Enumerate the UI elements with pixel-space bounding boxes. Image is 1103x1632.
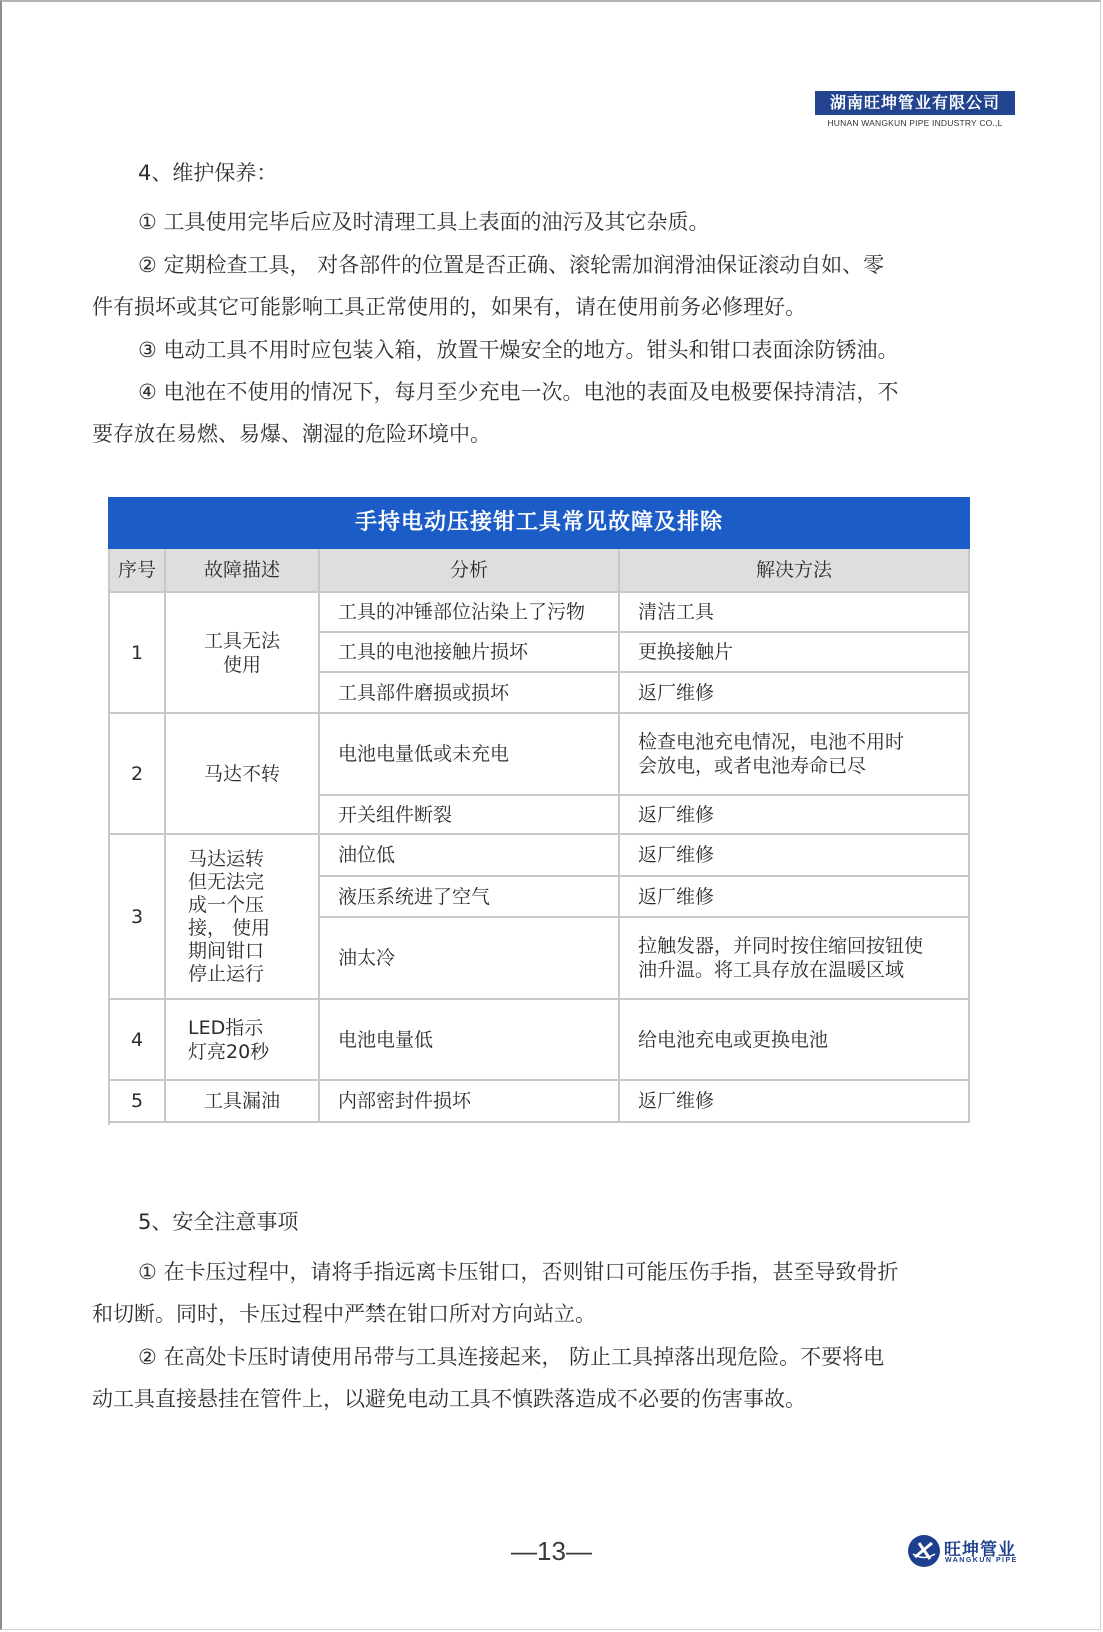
- section4-item-4a: ④ 电池在不使用的情况下，每月至少充电一次。电池的表面及电极要保持清洁，不: [138, 377, 1058, 407]
- section5-item-2a: ② 在高处卡压时请使用吊带与工具连接起来， 防止工具掉落出现危险。不要将电: [138, 1342, 1058, 1372]
- row1-fault: 工具无法 使用: [166, 593, 320, 714]
- header-analysis: 分析: [320, 549, 620, 593]
- row1-no: 1: [110, 593, 166, 714]
- row1c-analysis: 工具部件磨损或损坏: [320, 673, 620, 714]
- row3a-analysis: 油位低: [320, 835, 620, 877]
- row5-fault: 工具漏油: [166, 1081, 320, 1123]
- row1b-analysis: 工具的电池接触片损坏: [320, 633, 620, 673]
- footer-logo-en: WANGKUN PIPE: [945, 1557, 1018, 1564]
- row2b-solution: 返厂维修: [620, 796, 970, 835]
- row1a-analysis: 工具的冲锤部位沾染上了污物: [320, 593, 620, 633]
- wangkun-logo-icon: [908, 1535, 940, 1567]
- company-header: 湖南旺坤管业有限公司 HUNAN WANGKUN PIPE INDUSTRY C…: [815, 91, 1015, 128]
- row5-solution: 返厂维修: [620, 1081, 970, 1123]
- section4-item-2a: ② 定期检查工具， 对各部件的位置是否正确、滚轮需加润滑油保证滚动自如、零: [138, 250, 1058, 280]
- section5-item-2b: 动工具直接悬挂在管件上，以避免电动工具不慎跌落造成不必要的伤害事故。: [92, 1384, 1012, 1414]
- row2b-analysis: 开关组件断裂: [320, 796, 620, 835]
- row4-fault: LED指示 灯亮20秒: [166, 1000, 320, 1081]
- section5-heading: 5、安全注意事项: [138, 1207, 1058, 1237]
- table-title: 手持电动压接钳工具常见故障及排除: [108, 497, 970, 549]
- row4-solution: 给电池充电或更换电池: [620, 1000, 970, 1081]
- row2a-analysis: 电池电量低或未充电: [320, 714, 620, 796]
- row3c-analysis: 油太冷: [320, 918, 620, 1000]
- company-name-cn: 湖南旺坤管业有限公司: [815, 91, 1015, 115]
- row5-no: 5: [110, 1081, 166, 1123]
- row3-fault: 马达运转 但无法完 成一个压 接， 使用 期间钳口 停止运行: [166, 835, 320, 1000]
- company-name-en: HUNAN WANGKUN PIPE INDUSTRY CO.,L: [815, 118, 1015, 128]
- section4-item-4b: 要存放在易燃、易爆、潮湿的危险环境中。: [92, 419, 1012, 449]
- section5-item-1b: 和切断。同时，卡压过程中严禁在钳口所对方向站立。: [92, 1299, 1012, 1329]
- row3a-solution: 返厂维修: [620, 835, 970, 877]
- section4-item-1: ① 工具使用完毕后应及时清理工具上表面的油污及其它杂质。: [138, 207, 1058, 237]
- row3-no: 3: [110, 835, 166, 1000]
- row2-fault: 马达不转: [166, 714, 320, 835]
- row3b-solution: 返厂维修: [620, 877, 970, 918]
- row4-analysis: 电池电量低: [320, 1000, 620, 1081]
- header-no: 序号: [110, 549, 166, 593]
- row2-no: 2: [110, 714, 166, 835]
- row3c-solution: 拉触发器，并同时按住缩回按钮使 油升温。将工具存放在温暖区域: [620, 918, 970, 1000]
- row1c-solution: 返厂维修: [620, 673, 970, 714]
- row1b-solution: 更换接触片: [620, 633, 970, 673]
- header-fault: 故障描述: [166, 549, 320, 593]
- row1a-solution: 清洁工具: [620, 593, 970, 633]
- header-solution: 解决方法: [620, 549, 970, 593]
- row4-no: 4: [110, 1000, 166, 1081]
- footer-logo: 旺坤管业 WANGKUN PIPE: [908, 1535, 1018, 1569]
- row3b-analysis: 液压系统进了空气: [320, 877, 620, 918]
- section4-heading: 4、维护保养：: [138, 158, 1058, 188]
- row2a-solution: 检查电池充电情况，电池不用时 会放电，或者电池寿命已尽: [620, 714, 970, 796]
- section4-item-2b: 件有损坏或其它可能影响工具正常使用的，如果有，请在使用前务必修理好。: [92, 292, 1012, 322]
- section5-item-1a: ① 在卡压过程中，请将手指远离卡压钳口，否则钳口可能压伤手指，甚至导致骨折: [138, 1257, 1058, 1287]
- section4-item-3: ③ 电动工具不用时应包装入箱，放置干燥安全的地方。钳头和钳口表面涂防锈油。: [138, 335, 1058, 365]
- row5-analysis: 内部密封件损坏: [320, 1081, 620, 1123]
